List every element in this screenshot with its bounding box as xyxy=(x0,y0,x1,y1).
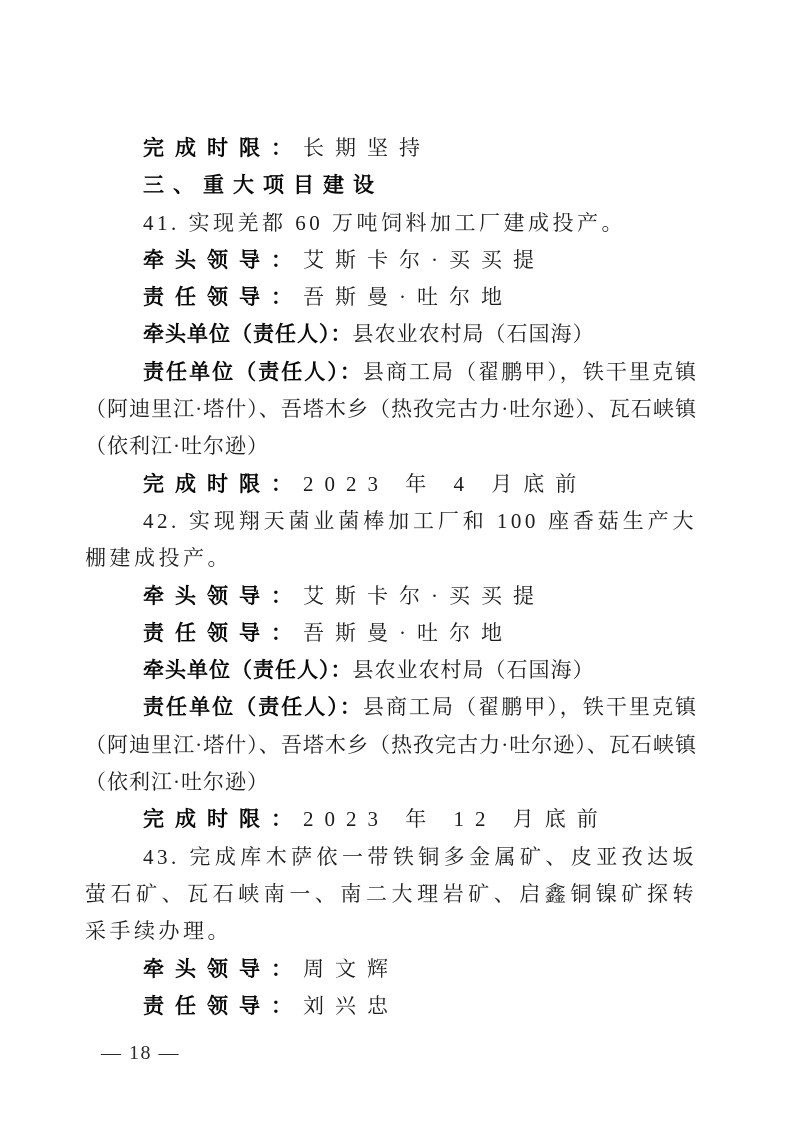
lead-leader-line: 牵头领导：周文辉 xyxy=(85,951,697,988)
lead-leader-value: 周文辉 xyxy=(303,957,399,981)
resp-leader-value: 刘兴忠 xyxy=(303,994,399,1018)
section-heading: 三、重大项目建设 xyxy=(85,167,697,204)
lead-unit-label: 牵头单位（责任人）： xyxy=(143,323,353,346)
deadline-line: 完成时限：2023 年 12 月底前 xyxy=(85,801,697,838)
deadline-line: 完成时限：长期坚持 xyxy=(85,130,697,167)
resp-leader-label: 责任领导： xyxy=(143,286,303,309)
resp-leader-value: 吾斯曼·吐尔地 xyxy=(303,621,513,645)
lead-leader-label: 牵头领导： xyxy=(143,585,303,608)
deadline-label: 完成时限： xyxy=(143,808,303,831)
task-item-43: 43. 完成库木萨依一带铁铜多金属矿、皮亚孜达坂萤石矿、瓦石峡南一、南二大理岩矿… xyxy=(85,839,697,951)
deadline-line: 完成时限：2023 年 4 月底前 xyxy=(85,466,697,503)
resp-unit-label: 责任单位（责任人）： xyxy=(143,361,363,384)
deadline-label: 完成时限： xyxy=(143,473,303,496)
document-body: 完成时限：长期坚持 三、重大项目建设 41. 实现羌都 60 万吨饲料加工厂建成… xyxy=(85,130,697,1025)
lead-unit-label: 牵头单位（责任人）： xyxy=(143,659,353,682)
lead-leader-line: 牵头领导：艾斯卡尔·买买提 xyxy=(85,578,697,615)
resp-unit-line: 责任单位（责任人）：县商工局（翟鹏甲），铁干里克镇（阿迪里江·塔什）、吾塔木乡（… xyxy=(85,689,697,801)
lead-unit-value: 县农业农村局（石国海） xyxy=(353,322,595,346)
resp-leader-line: 责任领导：刘兴忠 xyxy=(85,988,697,1025)
lead-leader-value: 艾斯卡尔·买买提 xyxy=(303,584,545,608)
resp-leader-label: 责任领导： xyxy=(143,622,303,645)
lead-unit-line: 牵头单位（责任人）：县农业农村局（石国海） xyxy=(85,652,697,689)
resp-leader-value: 吾斯曼·吐尔地 xyxy=(303,285,513,309)
resp-leader-label: 责任领导： xyxy=(143,995,303,1018)
deadline-value: 2023 年 12 月底前 xyxy=(303,807,609,831)
task-item-41: 41. 实现羌都 60 万吨饲料加工厂建成投产。 xyxy=(85,205,697,242)
lead-unit-value: 县农业农村局（石国海） xyxy=(353,658,595,682)
resp-leader-line: 责任领导：吾斯曼·吐尔地 xyxy=(85,279,697,316)
lead-leader-label: 牵头领导： xyxy=(143,958,303,981)
page-number: — 18 — xyxy=(101,1042,180,1065)
resp-unit-label: 责任单位（责任人）： xyxy=(143,696,363,719)
lead-unit-line: 牵头单位（责任人）：县农业农村局（石国海） xyxy=(85,316,697,353)
document-page: 完成时限：长期坚持 三、重大项目建设 41. 实现羌都 60 万吨饲料加工厂建成… xyxy=(0,0,793,1122)
deadline-label: 完成时限： xyxy=(143,137,303,160)
resp-unit-line: 责任单位（责任人）：县商工局（翟鹏甲），铁干里克镇（阿迪里江·塔什）、吾塔木乡（… xyxy=(85,354,697,466)
lead-leader-value: 艾斯卡尔·买买提 xyxy=(303,248,545,272)
task-item-42: 42. 实现翔天菌业菌棒加工厂和 100 座香菇生产大棚建成投产。 xyxy=(85,503,697,578)
lead-leader-line: 牵头领导：艾斯卡尔·买买提 xyxy=(85,242,697,279)
deadline-value: 2023 年 4 月底前 xyxy=(303,472,587,496)
deadline-value: 长期坚持 xyxy=(303,136,431,160)
lead-leader-label: 牵头领导： xyxy=(143,249,303,272)
resp-leader-line: 责任领导：吾斯曼·吐尔地 xyxy=(85,615,697,652)
